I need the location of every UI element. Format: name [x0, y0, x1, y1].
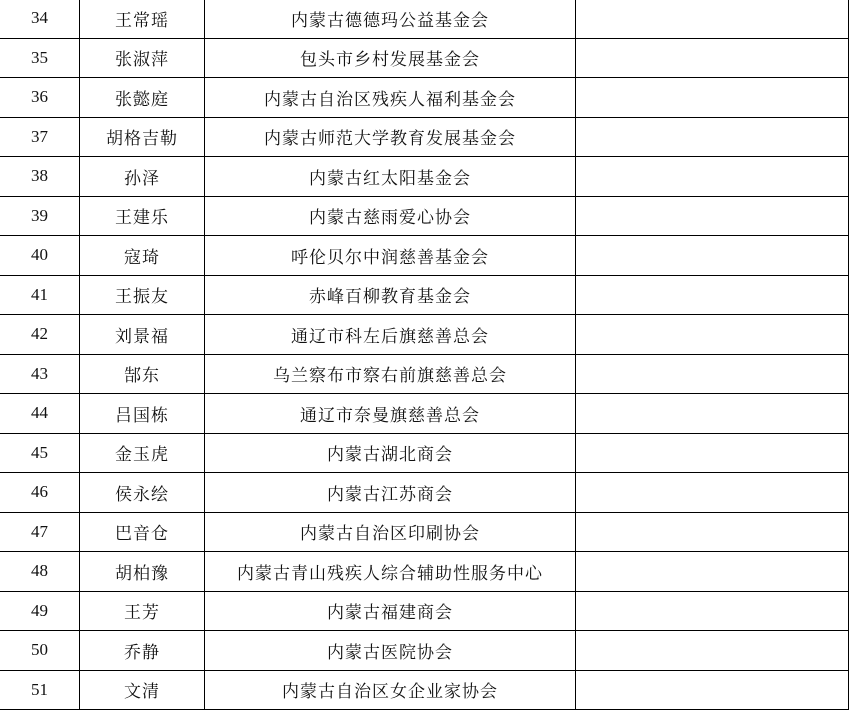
roster-table-body: 34王常瑶内蒙古德德玛公益基金会35张淑萍包头市乡村发展基金会36张懿庭内蒙古自… — [0, 0, 849, 710]
row-number-cell: 34 — [0, 0, 80, 38]
row-number-cell: 46 — [0, 473, 80, 513]
remarks-cell — [576, 196, 849, 236]
table-row: 34王常瑶内蒙古德德玛公益基金会 — [0, 0, 849, 38]
remarks-cell — [576, 354, 849, 394]
organization-cell: 内蒙古师范大学教育发展基金会 — [205, 117, 576, 157]
person-name-cell: 胡格吉勒 — [80, 117, 205, 157]
row-number-cell: 48 — [0, 552, 80, 592]
row-number-cell: 38 — [0, 157, 80, 197]
table-row: 40寇琦呼伦贝尔中润慈善基金会 — [0, 236, 849, 276]
row-number-cell: 36 — [0, 78, 80, 118]
row-number-cell: 49 — [0, 591, 80, 631]
remarks-cell — [576, 473, 849, 513]
remarks-cell — [576, 157, 849, 197]
remarks-cell — [576, 394, 849, 434]
person-name-cell: 王建乐 — [80, 196, 205, 236]
organization-cell: 内蒙古青山残疾人综合辅助性服务中心 — [205, 552, 576, 592]
person-name-cell: 刘景福 — [80, 315, 205, 355]
remarks-cell — [576, 315, 849, 355]
row-number-cell: 44 — [0, 394, 80, 434]
table-row: 42刘景福通辽市科左后旗慈善总会 — [0, 315, 849, 355]
remarks-cell — [576, 0, 849, 38]
remarks-cell — [576, 670, 849, 710]
row-number-cell: 45 — [0, 433, 80, 473]
table-row: 51文清内蒙古自治区女企业家协会 — [0, 670, 849, 710]
organization-cell: 内蒙古慈雨爱心协会 — [205, 196, 576, 236]
person-name-cell: 文清 — [80, 670, 205, 710]
table-row: 44吕国栋通辽市奈曼旗慈善总会 — [0, 394, 849, 434]
organization-cell: 内蒙古自治区残疾人福利基金会 — [205, 78, 576, 118]
table-row: 46侯永绘内蒙古江苏商会 — [0, 473, 849, 513]
table-row: 47巴音仓内蒙古自治区印刷协会 — [0, 512, 849, 552]
row-number-cell: 37 — [0, 117, 80, 157]
row-number-cell: 39 — [0, 196, 80, 236]
person-name-cell: 张懿庭 — [80, 78, 205, 118]
person-name-cell: 郜东 — [80, 354, 205, 394]
organization-cell: 内蒙古江苏商会 — [205, 473, 576, 513]
organization-cell: 内蒙古红太阳基金会 — [205, 157, 576, 197]
organization-cell: 内蒙古福建商会 — [205, 591, 576, 631]
person-name-cell: 王常瑶 — [80, 0, 205, 38]
organization-cell: 内蒙古自治区印刷协会 — [205, 512, 576, 552]
organization-cell: 乌兰察布市察右前旗慈善总会 — [205, 354, 576, 394]
table-row: 39王建乐内蒙古慈雨爱心协会 — [0, 196, 849, 236]
roster-table: 34王常瑶内蒙古德德玛公益基金会35张淑萍包头市乡村发展基金会36张懿庭内蒙古自… — [0, 0, 849, 710]
table-row: 35张淑萍包头市乡村发展基金会 — [0, 38, 849, 78]
person-name-cell: 寇琦 — [80, 236, 205, 276]
row-number-cell: 40 — [0, 236, 80, 276]
remarks-cell — [576, 236, 849, 276]
person-name-cell: 孙泽 — [80, 157, 205, 197]
person-name-cell: 吕国栋 — [80, 394, 205, 434]
organization-cell: 通辽市科左后旗慈善总会 — [205, 315, 576, 355]
person-name-cell: 张淑萍 — [80, 38, 205, 78]
row-number-cell: 42 — [0, 315, 80, 355]
organization-cell: 内蒙古医院协会 — [205, 631, 576, 671]
organization-cell: 通辽市奈曼旗慈善总会 — [205, 394, 576, 434]
organization-cell: 内蒙古湖北商会 — [205, 433, 576, 473]
remarks-cell — [576, 117, 849, 157]
row-number-cell: 47 — [0, 512, 80, 552]
organization-cell: 内蒙古自治区女企业家协会 — [205, 670, 576, 710]
row-number-cell: 43 — [0, 354, 80, 394]
table-row: 36张懿庭内蒙古自治区残疾人福利基金会 — [0, 78, 849, 118]
remarks-cell — [576, 631, 849, 671]
table-row: 38孙泽内蒙古红太阳基金会 — [0, 157, 849, 197]
table-row: 41王振友赤峰百柳教育基金会 — [0, 275, 849, 315]
table-row: 45金玉虎内蒙古湖北商会 — [0, 433, 849, 473]
organization-cell: 内蒙古德德玛公益基金会 — [205, 0, 576, 38]
table-row: 48胡柏豫内蒙古青山残疾人综合辅助性服务中心 — [0, 552, 849, 592]
person-name-cell: 王振友 — [80, 275, 205, 315]
table-row: 49王芳内蒙古福建商会 — [0, 591, 849, 631]
person-name-cell: 巴音仓 — [80, 512, 205, 552]
remarks-cell — [576, 275, 849, 315]
organization-cell: 包头市乡村发展基金会 — [205, 38, 576, 78]
remarks-cell — [576, 591, 849, 631]
row-number-cell: 35 — [0, 38, 80, 78]
remarks-cell — [576, 512, 849, 552]
remarks-cell — [576, 433, 849, 473]
person-name-cell: 金玉虎 — [80, 433, 205, 473]
organization-cell: 呼伦贝尔中润慈善基金会 — [205, 236, 576, 276]
organization-cell: 赤峰百柳教育基金会 — [205, 275, 576, 315]
table-row: 37胡格吉勒内蒙古师范大学教育发展基金会 — [0, 117, 849, 157]
row-number-cell: 50 — [0, 631, 80, 671]
row-number-cell: 41 — [0, 275, 80, 315]
row-number-cell: 51 — [0, 670, 80, 710]
table-row: 43郜东乌兰察布市察右前旗慈善总会 — [0, 354, 849, 394]
person-name-cell: 乔静 — [80, 631, 205, 671]
table-row: 50乔静内蒙古医院协会 — [0, 631, 849, 671]
remarks-cell — [576, 552, 849, 592]
person-name-cell: 王芳 — [80, 591, 205, 631]
person-name-cell: 胡柏豫 — [80, 552, 205, 592]
remarks-cell — [576, 78, 849, 118]
person-name-cell: 侯永绘 — [80, 473, 205, 513]
remarks-cell — [576, 38, 849, 78]
